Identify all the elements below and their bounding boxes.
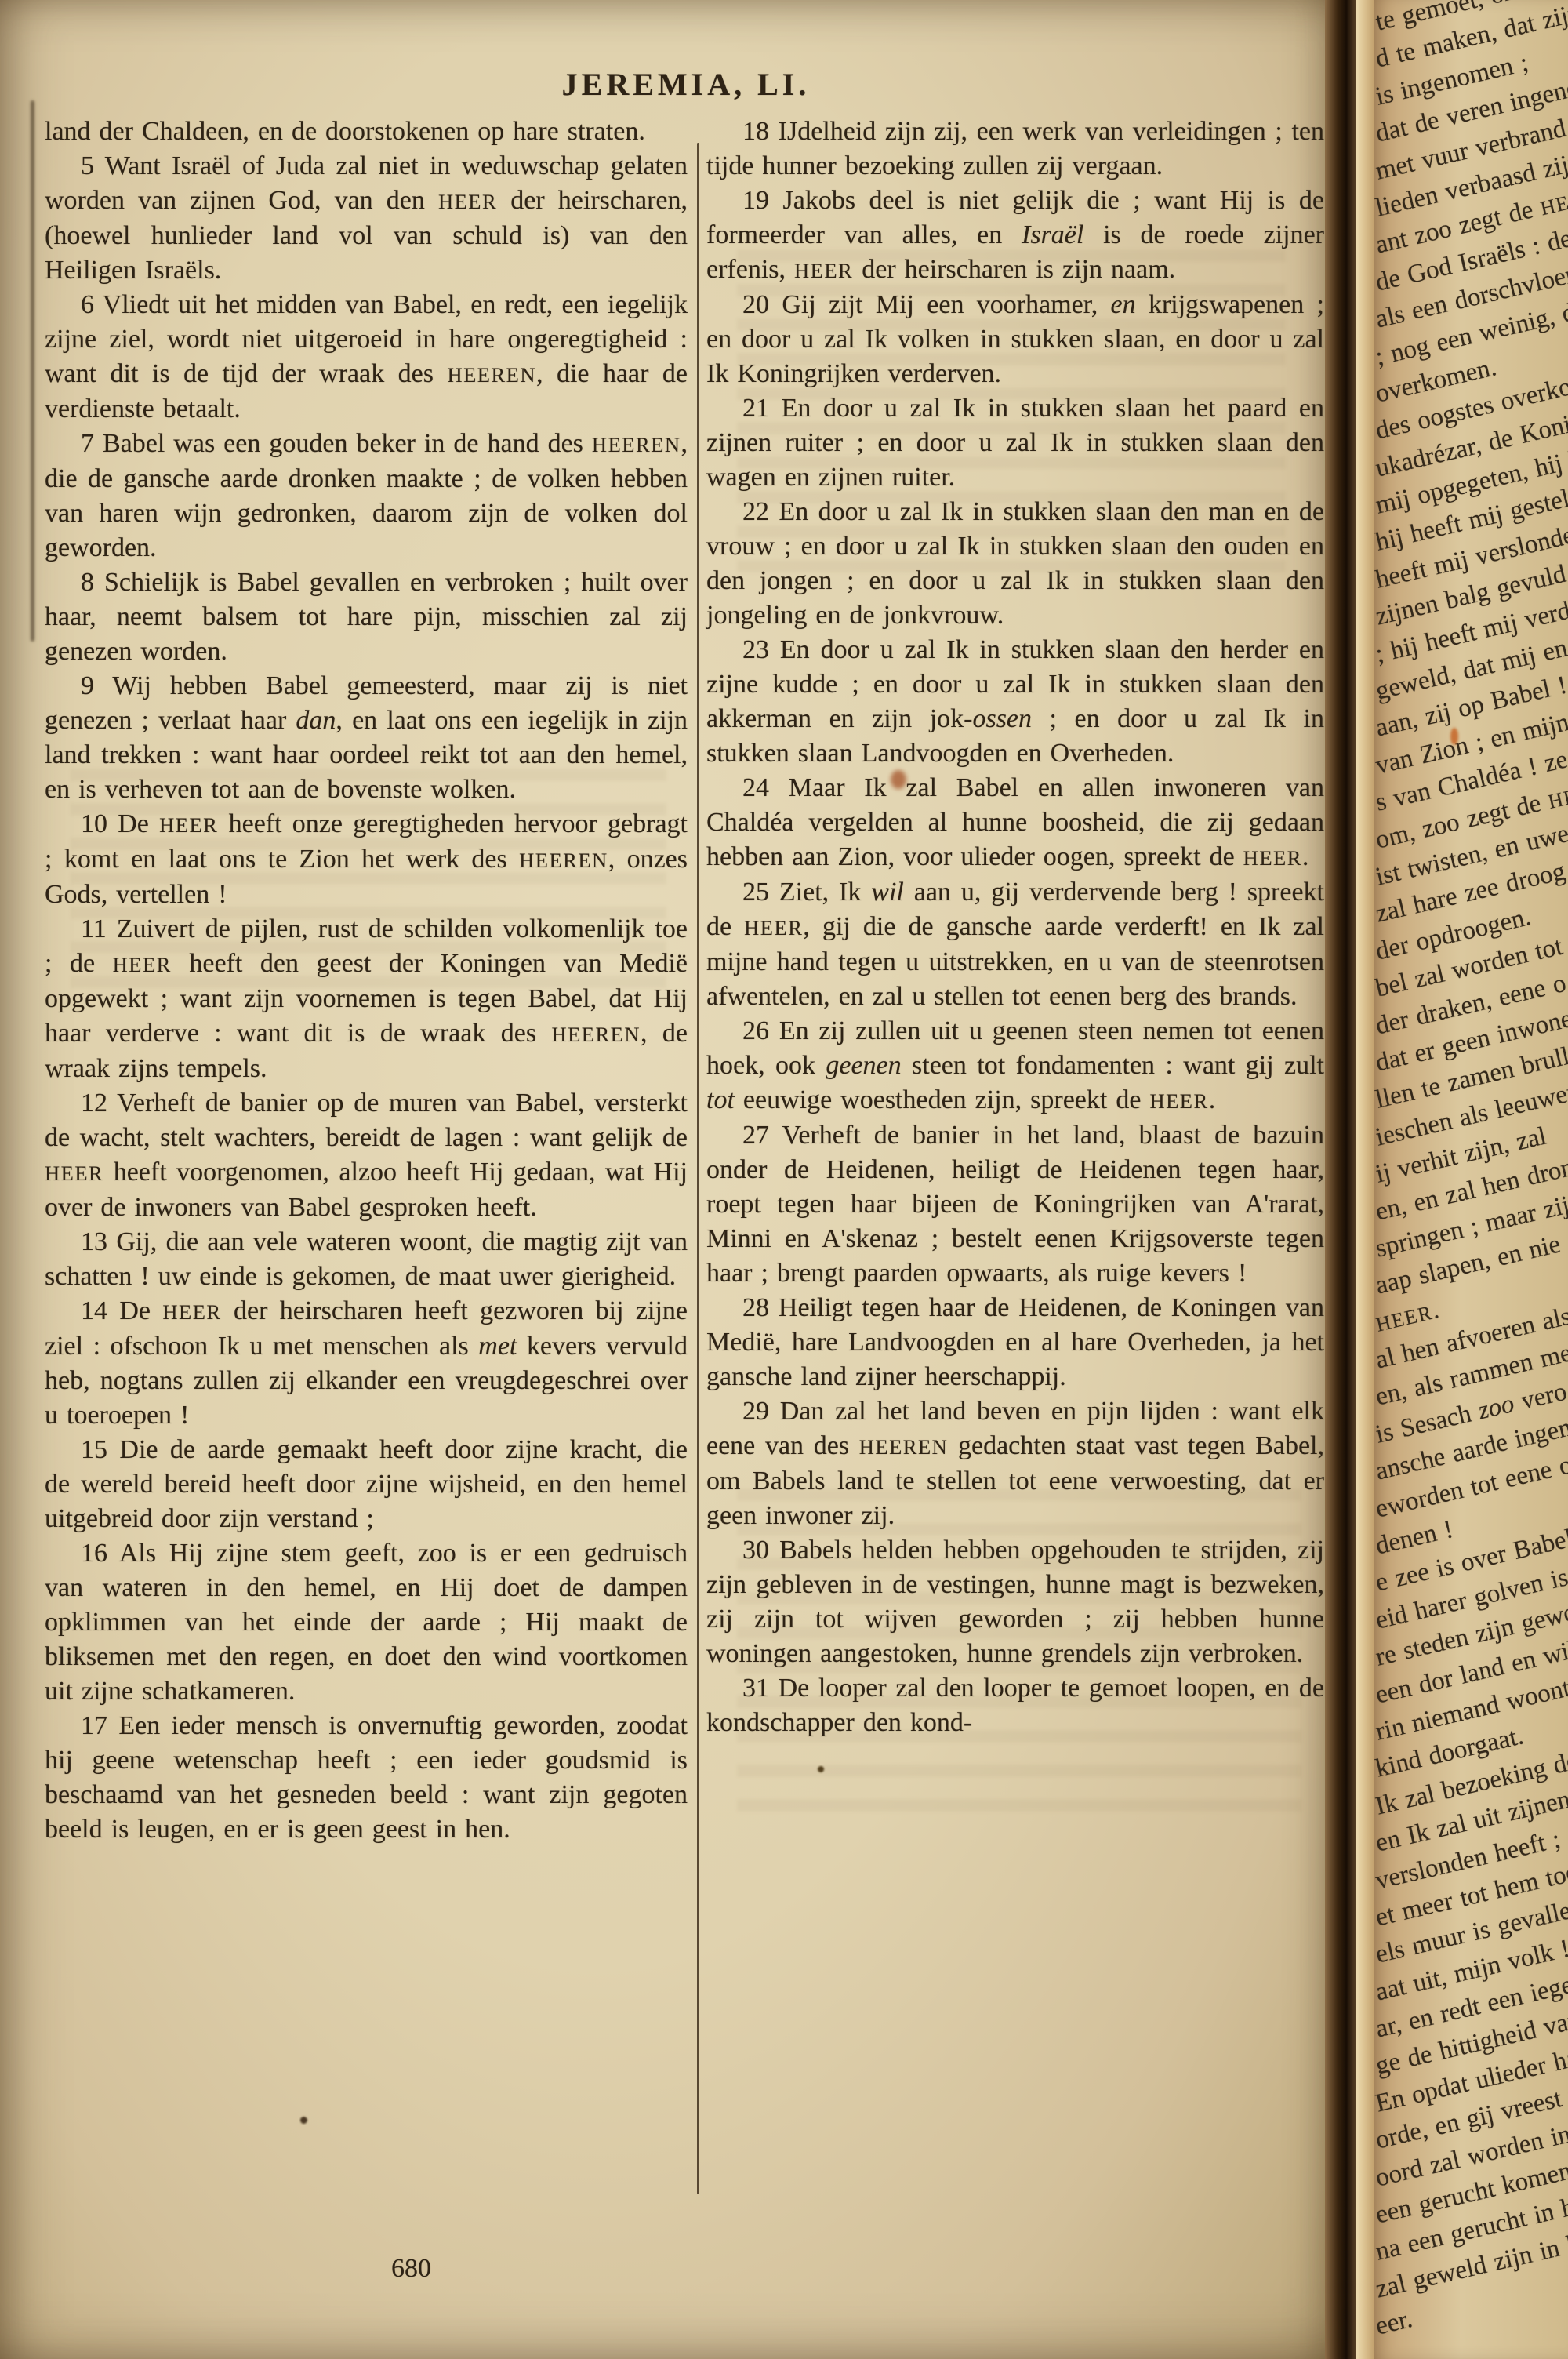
column-divider-rule xyxy=(697,143,699,2194)
verse-17: 17 Een ieder mensch is onvernuftig gewor… xyxy=(45,1709,688,1847)
verse-5: 5 Want Israël of Juda zal niet in weduws… xyxy=(45,149,688,288)
verse-21: 21 En door u zal Ik in stukken slaan het… xyxy=(706,391,1324,495)
verse-18: 18 IJdelheid zijn zij, een werk van verl… xyxy=(706,114,1324,184)
page-crease xyxy=(31,100,34,642)
adjacent-page-text: te gemoet, om dend te maken, dat zijnis … xyxy=(1377,5,1568,2346)
verse-28: 28 Heiligt tegen haar de Heidenen, de Ko… xyxy=(706,1291,1324,1394)
verse-24: 24 Maar Ik zal Babel en allen inwoneren … xyxy=(706,771,1324,875)
bible-page: JEREMIA, LI. land der Chaldeen, en de do… xyxy=(0,0,1325,2359)
verse-8: 8 Schielijk is Babel gevallen en verbrok… xyxy=(45,565,688,669)
verse-16: 16 Als Hij zijne stem geeft, zoo is er e… xyxy=(45,1536,688,1709)
verse-4-continuation: land der Chaldeen, en de doorstokenen op… xyxy=(45,114,688,149)
book-scan: JEREMIA, LI. land der Chaldeen, en de do… xyxy=(0,0,1568,2359)
verse-14: 14 De HEER der heirscharen heeft gezwore… xyxy=(45,1294,688,1433)
verse-25: 25 Ziet, Ik wil aan u, gij verdervende b… xyxy=(706,875,1324,1014)
verse-6: 6 Vliedt uit het midden van Babel, en re… xyxy=(45,288,688,427)
right-text-column: 18 IJdelheid zijn zij, een werk van verl… xyxy=(706,114,1324,1740)
verse-15: 15 Die de aarde gemaakt heeft door zijne… xyxy=(45,1433,688,1536)
page-fold-edge xyxy=(1356,0,1374,2359)
verse-29: 29 Dan zal het land beven en pijn lijden… xyxy=(706,1394,1324,1533)
verse-10: 10 De HEER heeft onze geregtigheden herv… xyxy=(45,807,688,912)
page-gutter-shadow xyxy=(1325,0,1356,2359)
adjacent-page-curl: te gemoet, om dend te maken, dat zijnis … xyxy=(1374,0,1568,2359)
page-title: JEREMIA, LI. xyxy=(0,66,1372,103)
verse-20: 20 Gij zijt Mij een voorhamer, en krijgs… xyxy=(706,288,1324,391)
verse-23: 23 En door u zal Ik in stukken slaan den… xyxy=(706,633,1324,771)
verse-31: 31 De looper zal den looper te gemoet lo… xyxy=(706,1671,1324,1740)
page-number: 680 xyxy=(45,2254,688,2284)
verse-30: 30 Babels helden hebben opgehouden te st… xyxy=(706,1533,1324,1671)
verse-7: 7 Babel was een gouden beker in de hand … xyxy=(45,427,688,565)
verse-11: 11 Zuivert de pijlen, rust de schilden v… xyxy=(45,912,688,1086)
verse-12: 12 Verheft de banier op de muren van Bab… xyxy=(45,1086,688,1225)
verse-13: 13 Gij, die aan vele wateren woont, die … xyxy=(45,1225,688,1294)
paper-stain xyxy=(818,1766,824,1772)
verse-26: 26 En zij zullen uit u geenen steen neme… xyxy=(706,1014,1324,1118)
verse-9: 9 Wij hebben Babel gemeesterd, maar zij … xyxy=(45,669,688,807)
verse-19: 19 Jakobs deel is niet gelijk die ; want… xyxy=(706,184,1324,288)
verse-22: 22 En door u zal Ik in stukken slaan den… xyxy=(706,495,1324,633)
paper-stain xyxy=(300,2117,307,2124)
left-text-column: land der Chaldeen, en de doorstokenen op… xyxy=(45,114,688,1847)
verse-27: 27 Verheft de banier in het land, blaast… xyxy=(706,1118,1324,1291)
